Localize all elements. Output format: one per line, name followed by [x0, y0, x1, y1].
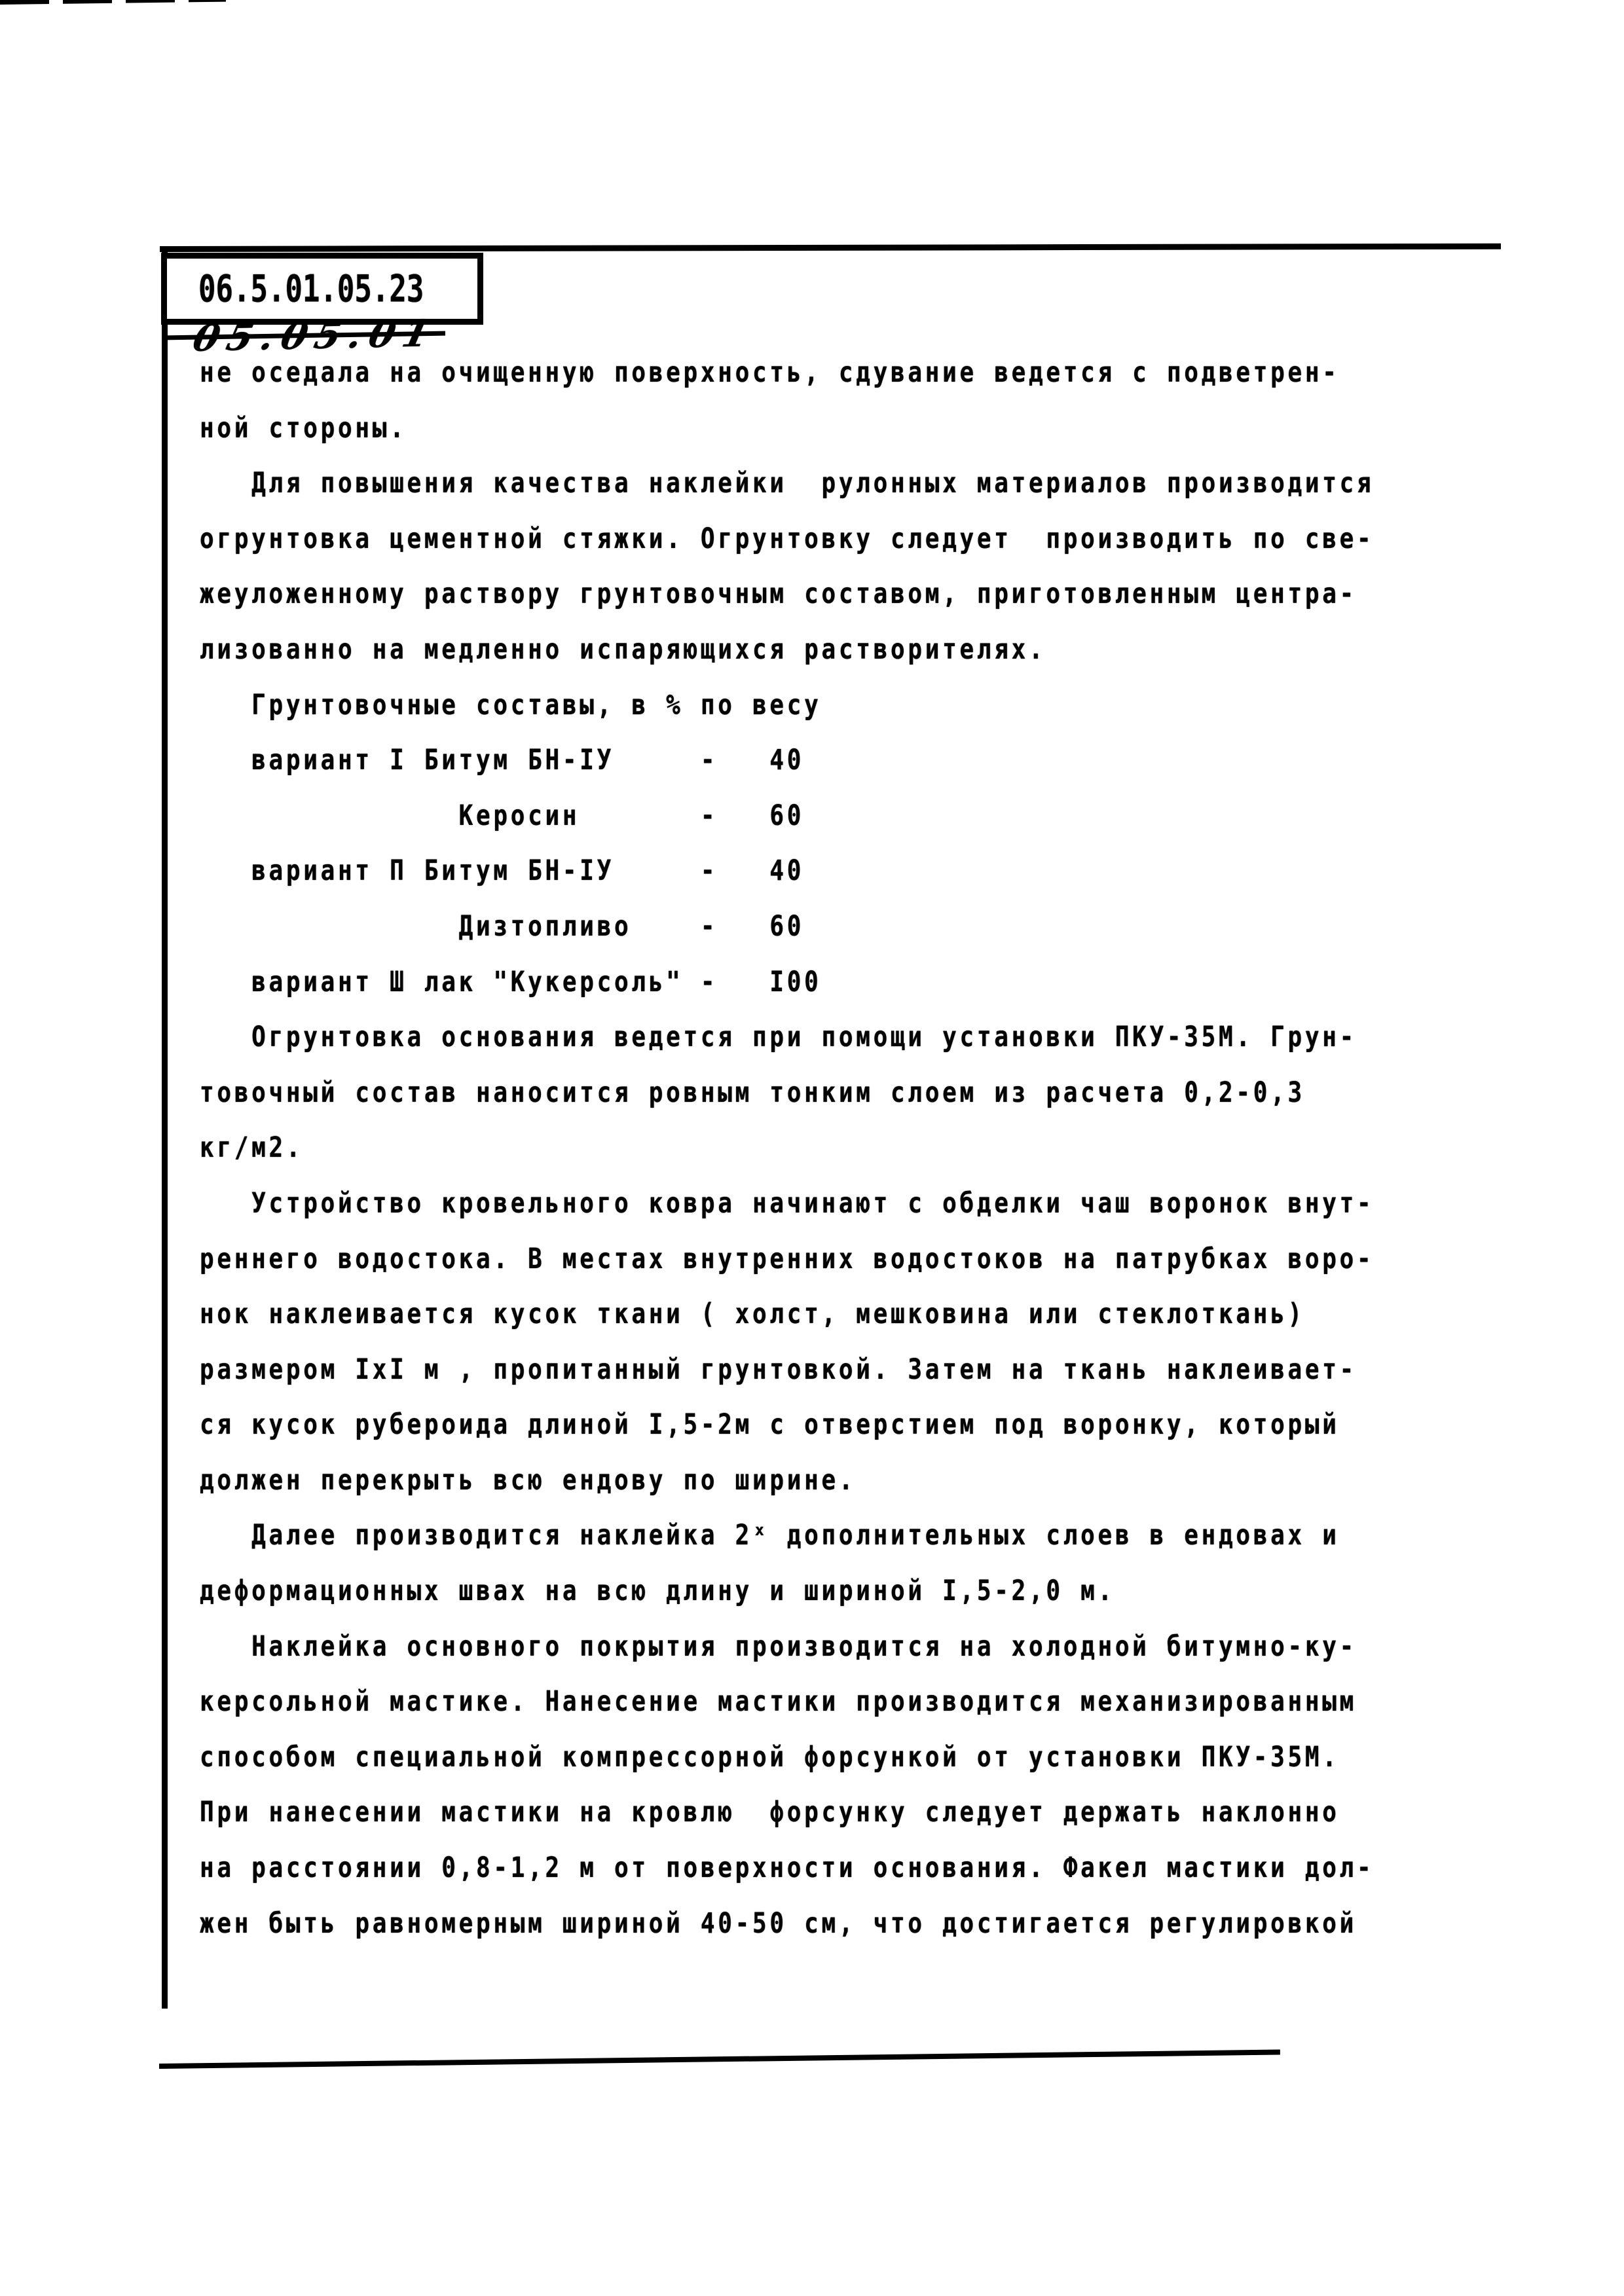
- body-text: не оседала на очищенную поверхность, сду…: [200, 346, 1444, 1952]
- page-bottom-border-dashes: [0, 0, 226, 5]
- page-top-border-line: [160, 244, 1501, 252]
- text-line: жен быть равномерным шириной 40-50 см, ч…: [200, 1891, 1444, 1957]
- document-code: 06.5.01.05.23: [167, 267, 424, 310]
- page-bottom-border-line: [159, 2049, 1280, 2069]
- document-page: 06.5.01.05.23 05.05.01 не оседала на очи…: [0, 0, 1624, 2296]
- page-left-border-line: [162, 247, 168, 2009]
